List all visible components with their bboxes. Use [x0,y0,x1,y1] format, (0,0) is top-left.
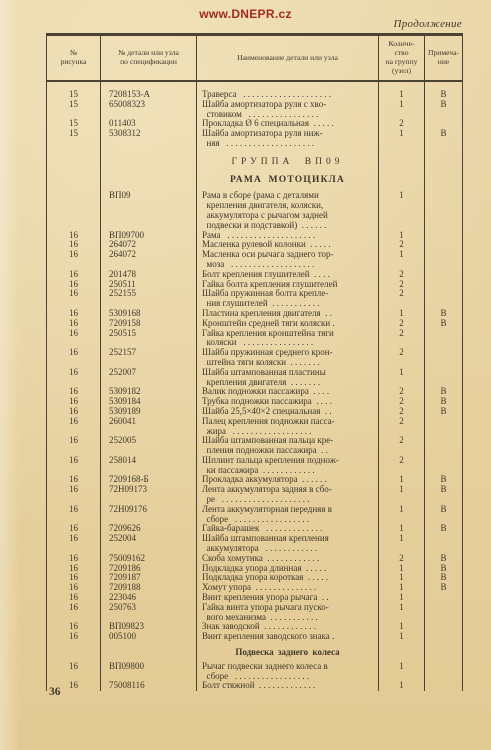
cell-part: 252007 [101,368,197,388]
page-number: 36 [49,686,61,698]
cell-fig: 16 [47,603,101,623]
table-row: 16005100Винт крепления заводского знака … [47,632,463,642]
table-row: 16250515Гайка крепления кронштейна тяги … [47,329,463,349]
cell-name: Гайка крепления кронштейна тяги коляски … [197,329,379,349]
cell-note [425,171,463,192]
cell-note: В [425,505,463,525]
cell-note: В [425,407,463,417]
cell-part: 75008116 [101,681,197,691]
cell-name: Шайба штампованная пластины крепления дв… [197,368,379,388]
cell-part: 264072 [101,250,197,270]
cell-part: 005100 [101,632,197,642]
cell-name: Шайба пружинная среднего крон- штейна тя… [197,348,379,368]
group-title: ГРУППА ВП09 [197,149,379,171]
cell-qty: 1 [379,368,425,388]
cell-fig: 16 [47,505,101,525]
cell-qty: 1 [379,250,425,270]
cell-note: В [425,100,463,120]
cell-name: Гайка винта упора рычага пуско- вого мех… [197,603,379,623]
continuation-label: Продолжение [394,18,463,30]
cell-note: В [425,319,463,329]
col-header-part-number: № детали или узла по спецификации [101,35,197,82]
cell-name: Лента аккумуляторная передняя в сборе . … [197,505,379,525]
cell-note [425,417,463,437]
cell-qty [379,171,425,192]
section-title-row: РАМА МОТОЦИКЛА [47,171,463,192]
cell-qty: 1 [379,681,425,691]
cell-part: 72Н09176 [101,505,197,525]
cell-note [425,632,463,642]
table-row: 16252005Шайба штампованная пальца кре- п… [47,436,463,456]
cell-qty: 2 [379,456,425,476]
cell-qty: 2 [379,329,425,349]
cell-fig: 15 [47,100,101,120]
cell-fig: 16 [47,534,101,554]
table-row: 16252155Шайба пружинная болта крепле- ни… [47,289,463,309]
col-header-figure-number: № рисунка [47,35,101,82]
table-row: 16252157Шайба пружинная среднего крон- ш… [47,348,463,368]
cell-note [425,642,463,662]
cell-note [425,368,463,388]
cell-note [425,280,463,290]
table-row: 1675008116Болт стяжной . . . . . . . . .… [47,681,463,691]
cell-part: 252155 [101,289,197,309]
cell-qty: 2 [379,289,425,309]
cell-qty: 1 [379,603,425,623]
col-header-note: Примеча- ние [425,35,463,82]
table-row: 155308312Шайба амортизатора руля ниж- ня… [47,129,463,149]
group-title-row: ГРУППА ВП09 [47,149,463,171]
cell-note [425,348,463,368]
cell-note [425,270,463,280]
cell-part: 5308312 [101,129,197,149]
cell-part [101,149,197,171]
cell-part: 252005 [101,436,197,456]
cell-qty: 1 [379,632,425,642]
cell-qty: 1 [379,534,425,554]
cell-name: Рама в сборе (рама с деталями крепления … [197,191,379,230]
cell-note: В [425,583,463,593]
table-header: № рисунка № детали или узла по специфика… [47,35,463,82]
cell-note [425,250,463,270]
cell-name: Шайба амортизатора руля ниж- няя . . . .… [197,129,379,149]
cell-name: Рычаг подвески заднего колеса в сборе . … [197,662,379,682]
cell-fig: 16 [47,250,101,270]
cell-part [101,171,197,192]
cell-fig: 15 [47,129,101,149]
cell-note [425,603,463,623]
cell-qty [379,149,425,171]
section-title: РАМА МОТОЦИКЛА [197,171,379,192]
cell-fig: 16 [47,485,101,505]
cell-qty: 1 [379,662,425,682]
cell-note [425,231,463,241]
cell-note [425,681,463,691]
cell-name: Шплинт пальца крепления поднож- ки пасса… [197,456,379,476]
cell-fig: 16 [47,289,101,309]
cell-fig: 16 [47,348,101,368]
cell-name: Шайба штампованная крепления аккумулятор… [197,534,379,554]
cell-qty: 1 [379,485,425,505]
cell-part: 72Н09173 [101,485,197,505]
cell-qty: 1 [379,100,425,120]
cell-name: Шайба амортизатора руля с хво- стовиком … [197,100,379,120]
cell-note [425,436,463,456]
cell-note [425,191,463,230]
cell-fig: 16 [47,456,101,476]
table-row: 16252007Шайба штампованная пластины креп… [47,368,463,388]
subsection-title: Подвеска заднего колеса [197,642,379,662]
cell-note [425,240,463,250]
table-row: 16258014Шплинт пальца крепления поднож- … [47,456,463,476]
table-row: 16ВП09800Рычаг подвески заднего колеса в… [47,662,463,682]
cell-note [425,456,463,476]
cell-name: Лента аккумулятора задняя в сбо- ре . . … [197,485,379,505]
subsection-title-row: Подвеска заднего колеса [47,642,463,662]
cell-qty: 2 [379,417,425,437]
table-row: 1672Н09176Лента аккумуляторная передняя … [47,505,463,525]
cell-part: 250515 [101,329,197,349]
cell-fig: 16 [47,436,101,456]
table-row: ВП09Рама в сборе (рама с деталями крепле… [47,191,463,230]
cell-name: Палец крепления подножки пасса- жира . .… [197,417,379,437]
parts-table: № рисунка № детали или узла по специфика… [46,33,463,691]
cell-part [101,642,197,662]
cell-part: 7208153-А [101,81,197,100]
cell-note [425,662,463,682]
cell-fig [47,171,101,192]
cell-name: Траверса . . . . . . . . . . . . . . . .… [197,81,379,100]
cell-qty: 1 [379,505,425,525]
cell-part: 252004 [101,534,197,554]
table-row: 16264072Масленка оси рычага заднего тор-… [47,250,463,270]
cell-fig [47,149,101,171]
cell-note [425,622,463,632]
header-row: № рисунка № детали или узла по специфика… [47,35,463,82]
cell-note [425,329,463,349]
cell-qty: 1 [379,191,425,230]
cell-part: 260041 [101,417,197,437]
cell-name: Шайба штампованная пальца кре- пления по… [197,436,379,456]
cell-qty [379,642,425,662]
cell-part: ВП09 [101,191,197,230]
cell-part: 258014 [101,456,197,476]
cell-fig [47,191,101,230]
cell-fig: 15 [47,81,101,100]
cell-part: 250763 [101,603,197,623]
cell-name: Шайба пружинная болта крепле- ния глушит… [197,289,379,309]
cell-name: Винт крепления заводского знака . [197,632,379,642]
cell-name: Болт стяжной . . . . . . . . . . . . . [197,681,379,691]
cell-note [425,593,463,603]
cell-fig [47,642,101,662]
table-row: 16252004Шайба штампованная крепления акк… [47,534,463,554]
cell-qty: 1 [379,129,425,149]
cell-fig: 16 [47,368,101,388]
scanned-catalog-page: www.DNEPR.cz Продолжение № рисунка № дет… [0,0,491,750]
table-row: 1672Н09173Лента аккумулятора задняя в сб… [47,485,463,505]
table-row: 16250763Гайка винта упора рычага пуско- … [47,603,463,623]
cell-fig: 16 [47,662,101,682]
cell-qty: 2 [379,348,425,368]
cell-part: ВП09800 [101,662,197,682]
cell-fig: 16 [47,329,101,349]
table-row: 16260041Палец крепления подножки пасса- … [47,417,463,437]
cell-qty: 2 [379,436,425,456]
col-header-quantity: Количе- ство на группу (узел) [379,35,425,82]
table-body: 157208153-АТраверса . . . . . . . . . . … [47,81,463,691]
table-row: 157208153-АТраверса . . . . . . . . . . … [47,81,463,100]
col-header-name: Наименование детали или узла [197,35,379,82]
cell-note [425,149,463,171]
cell-note: В [425,485,463,505]
cell-fig: 16 [47,417,101,437]
cell-part: 252157 [101,348,197,368]
cell-qty: 1 [379,81,425,100]
cell-part: 65008323 [101,100,197,120]
cell-name: Масленка оси рычага заднего тор- моза . … [197,250,379,270]
table-row: 1565008323Шайба амортизатора руля с хво-… [47,100,463,120]
cell-note [425,289,463,309]
cell-fig: 16 [47,632,101,642]
cell-note [425,534,463,554]
cell-note: В [425,129,463,149]
cell-note: В [425,524,463,534]
cell-note: В [425,81,463,100]
